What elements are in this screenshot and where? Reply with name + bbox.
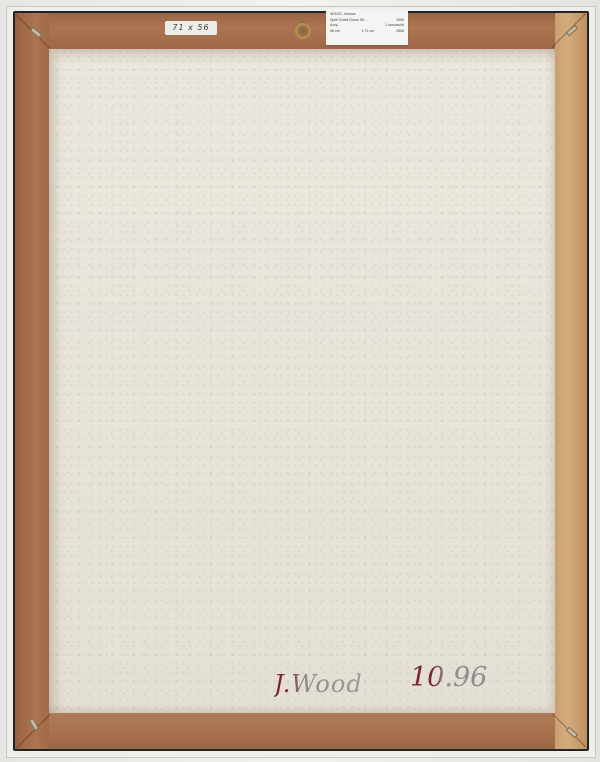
stretcher-bar-right xyxy=(555,13,587,749)
gallery-label-height: x 71 cm xyxy=(362,29,375,35)
gallery-label: WOOD, Jessica Spirit Smell Gross Sit...1… xyxy=(326,9,408,45)
stretcher-bar-left xyxy=(15,13,49,749)
artist-signature: J.Wood 10.96 xyxy=(274,662,504,706)
signature-date: 10.96 xyxy=(410,662,487,693)
canvas-back-photo: 71 x 56 WOOD, Jessica Spirit Smell Gross… xyxy=(0,0,600,762)
size-label: 71 x 56 xyxy=(165,21,217,35)
stretcher-bar-bottom xyxy=(15,713,587,749)
gallery-label-number: 2806 xyxy=(396,29,404,35)
gallery-label-width: 56 cm xyxy=(330,29,340,35)
hanging-ring-icon xyxy=(295,23,311,39)
signature-name: J.Wood xyxy=(274,670,363,698)
canvas-surface xyxy=(49,49,555,713)
